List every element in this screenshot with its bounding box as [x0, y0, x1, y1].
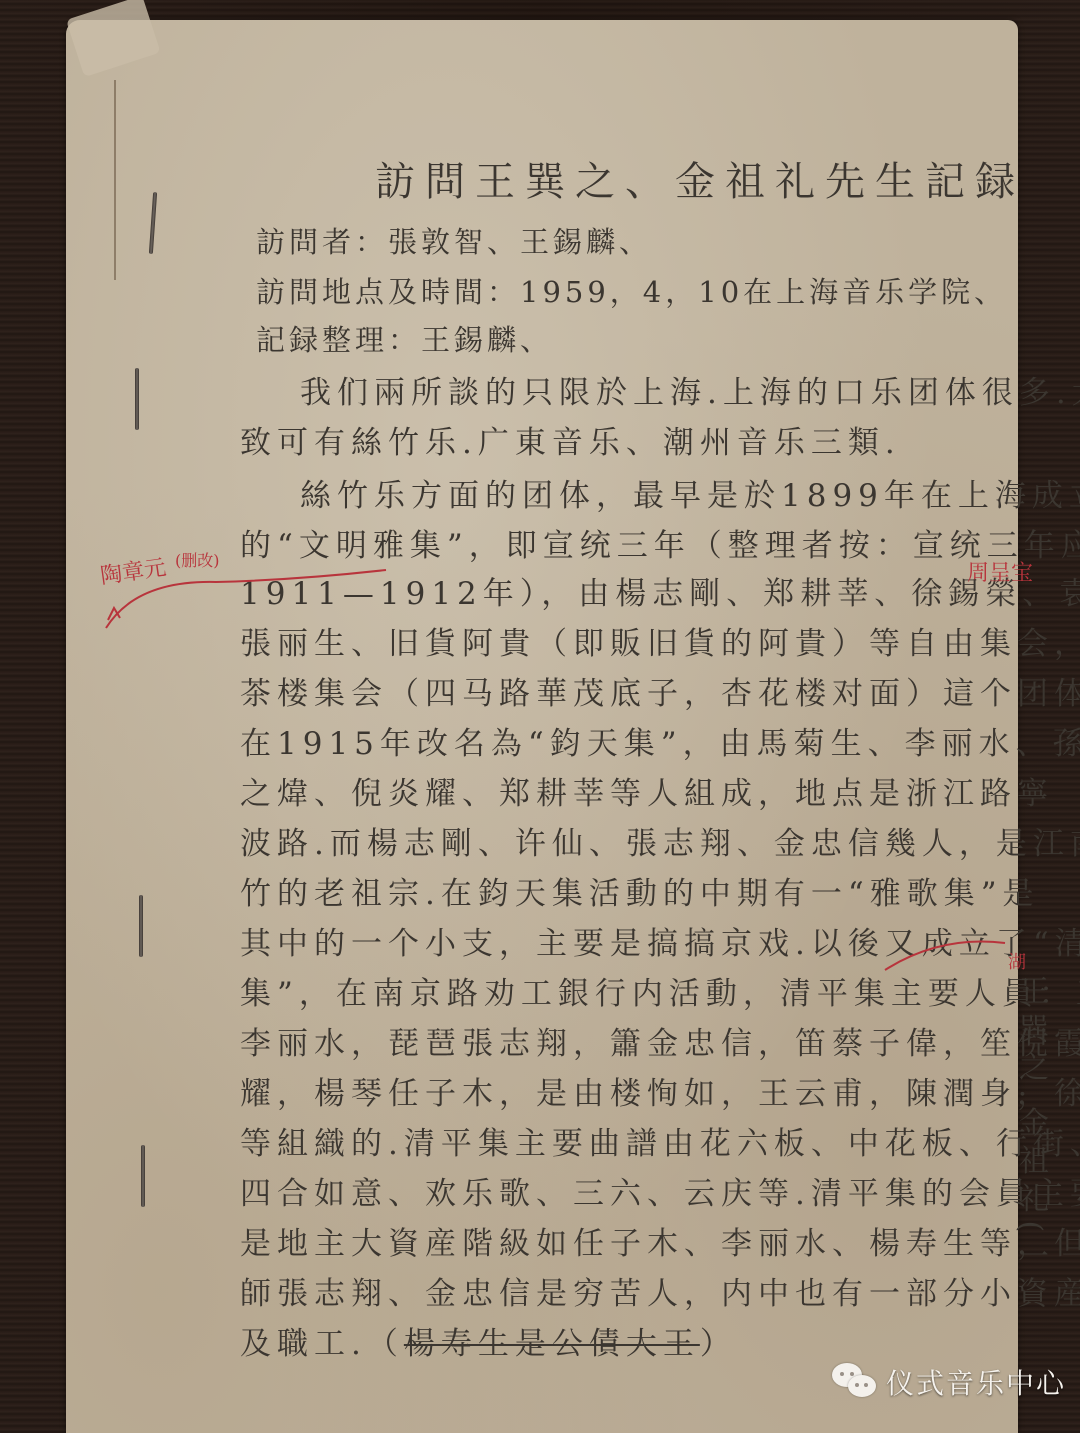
body-line-15: 耀，楊琴任子木，是由楼恂如，王云甫，陳潤身，徐念椿: [240, 1068, 1080, 1113]
body-line-3: 絲竹乐方面的团体，最早是於1899年在上海成立: [300, 470, 1080, 515]
red-note-after-line5: 周呈宝: [967, 556, 1033, 587]
watermark: 仪式音乐中心: [832, 1362, 1066, 1402]
body-line-11: 竹的老祖宗.在鈞天集活動的中期有一“雅歌集”是: [240, 868, 1040, 913]
vertical-margin-note: 王巽之.金祖礼(一: [1012, 975, 1052, 1278]
body-line-19: 師張志翔、金忠信是穷苦人，内中也有一部分小資産階級: [240, 1268, 1080, 1313]
red-margin-scribble: (删改): [175, 548, 220, 571]
body-line-14: 李丽水，琵琶張志翔，簫金忠信，笛蔡子偉，笙倪霞: [240, 1018, 1080, 1063]
body-line-7: 茶楼集会（四马路華茂底子，杏花楼对面）這个团体: [240, 668, 1080, 713]
body-line-16: 等組織的.清平集主要曲譜由花六板、中花板、行街、: [240, 1118, 1080, 1163]
body-line-17: 四合如意、欢乐歌、三六、云庆等.清平集的会員主要: [240, 1168, 1080, 1213]
interviewers-line: 訪問者：張敦智、王錫麟、: [256, 220, 652, 261]
recorder-line: 記録整理：王錫麟、: [256, 318, 553, 359]
staple-4: [141, 1145, 145, 1207]
body-line-20: 及職工.（楊寿生是公債大王）: [240, 1318, 737, 1363]
closing-paren: ）: [700, 1326, 737, 1362]
body-line-8: 在1915年改名為“鈞天集”，由馬菊生、李丽水、孫裕榮、蔡: [240, 718, 1080, 763]
staple-2: [135, 368, 139, 430]
red-correction-arc: [880, 935, 1010, 975]
body-line-4: 的“文明雅集”，即宣统三年（整理者按：宣统三年应為: [240, 520, 1080, 565]
spine-crease: [114, 80, 116, 280]
body-line-2: 致可有絲竹乐.广東音乐、潮州音乐三類.: [240, 417, 901, 462]
body-line-1: 我们兩所談的只限於上海.上海的口乐团体很多.大: [300, 367, 1080, 412]
body-line-20-text: 及職工.（: [240, 1326, 404, 1362]
body-line-18: 是地主大資産階級如任子木、李丽水、楊寿生等，但教: [240, 1218, 1080, 1263]
red-note-hu: 湖: [1008, 948, 1026, 974]
struck-through-text: 楊寿生是公債大王: [404, 1326, 700, 1362]
wechat-icon: [832, 1363, 878, 1401]
watermark-text: 仪式音乐中心: [886, 1362, 1066, 1402]
body-line-9: 之煒、倪炎耀、郑耕莘等人組成，地点是浙江路寧: [240, 768, 1054, 813]
body-line-10: 波路.而楊志剛、许仙、張志翔、金忠信幾人，是江南絲: [240, 818, 1080, 863]
document-title: 訪問王巽之、金祖礼先生記録: [375, 150, 1025, 207]
staple-3: [139, 895, 143, 957]
place-time-line: 訪問地点及時間：1959，4，10在上海音乐学院、: [256, 270, 1007, 311]
